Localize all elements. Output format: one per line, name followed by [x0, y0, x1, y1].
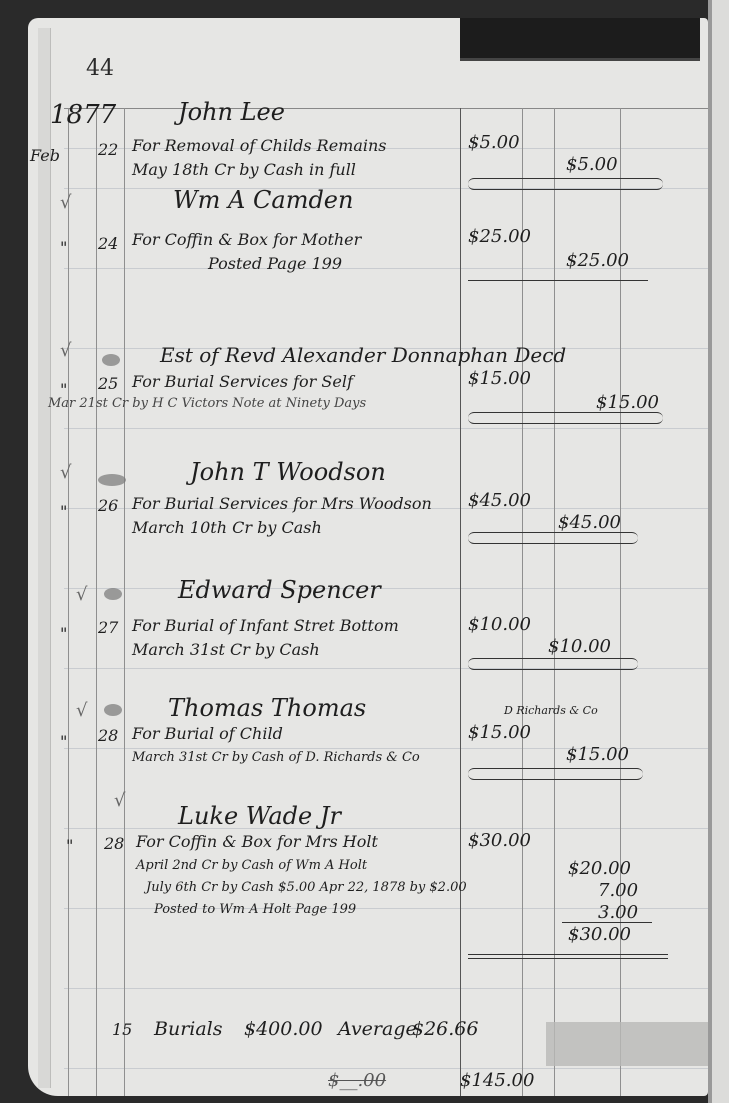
entry-month: Feb — [30, 146, 60, 165]
entry-credit-total: $30.00 — [568, 924, 631, 945]
page-edge — [38, 28, 51, 1088]
entry-day: 24 — [98, 234, 118, 253]
margin-line — [68, 108, 69, 1096]
header-rule — [64, 108, 708, 109]
entry-credit-line: July 6th Cr by Cash $5.00 Apr 22, 1878 b… — [146, 880, 467, 895]
entry-credit-note: May 18th Cr by Cash in full — [132, 160, 356, 179]
entry-credit-note: March 31st Cr by Cash of D. Richards & C… — [132, 750, 420, 765]
debit-column-line — [460, 108, 461, 1096]
entry-credit: $15.00 — [566, 744, 629, 765]
entry-credit-note: Posted Page 199 — [208, 254, 342, 273]
ruling — [64, 588, 708, 589]
settled-mark — [468, 532, 638, 544]
entry-credit-amount: 3.00 — [598, 902, 638, 923]
entry-credit: $10.00 — [548, 636, 611, 657]
entry-credit-note: Mar 21st Cr by H C Victors Note at Ninet… — [48, 396, 366, 411]
sum-rule — [562, 922, 652, 923]
entry-credit: $45.00 — [558, 512, 621, 533]
facing-page-edge — [708, 0, 729, 1103]
settled-mark — [468, 412, 663, 424]
entry-name: Wm A Camden — [173, 186, 353, 214]
entry-credit-amount: 7.00 — [598, 880, 638, 901]
entry-description: For Burial of Child — [132, 724, 283, 743]
ink-smudge — [102, 354, 120, 366]
binding-tab — [460, 18, 700, 61]
ruling — [64, 828, 708, 829]
entry-debit: $15.00 — [468, 368, 531, 389]
ink-smudge — [104, 588, 122, 600]
debit-cents-line — [522, 108, 523, 1096]
entry-credit-line: Posted to Wm A Holt Page 199 — [154, 902, 356, 917]
entry-month: " — [60, 624, 67, 643]
entry-description: For Coffin & Box for Mother — [132, 230, 361, 249]
entry-day: 25 — [98, 374, 118, 393]
entry-credit-amount: $20.00 — [568, 858, 631, 879]
entry-description: For Burial Services for Mrs Woodson — [132, 494, 432, 513]
entry-credit-note: March 10th Cr by Cash — [132, 518, 322, 537]
entry-debit: $45.00 — [468, 490, 531, 511]
entry-name: John T Woodson — [190, 458, 386, 486]
check-mark: √ — [60, 462, 71, 483]
entry-debit: $5.00 — [468, 132, 520, 153]
entry-debit: $10.00 — [468, 614, 531, 635]
entry-day: 27 — [98, 618, 118, 637]
settled-mark — [468, 178, 663, 190]
entry-credit: $5.00 — [566, 154, 618, 175]
month-column-line — [96, 108, 97, 1096]
entry-description: For Burial Services for Self — [132, 372, 353, 391]
entry-day: 28 — [104, 834, 124, 853]
entry-credit-note: March 31st Cr by Cash — [132, 640, 320, 659]
check-mark: √ — [60, 340, 71, 361]
entry-debit: $15.00 — [468, 722, 531, 743]
ruling — [64, 428, 708, 429]
ruling — [64, 1068, 708, 1069]
entry-debit-note: D Richards & Co — [504, 704, 598, 717]
entry-day: 28 — [98, 726, 118, 745]
credit-column-line — [554, 108, 555, 1096]
check-mark: √ — [60, 192, 71, 213]
ink-smudge — [104, 704, 122, 716]
entry-credit: $25.00 — [566, 250, 629, 271]
footer-total: $145.00 — [460, 1070, 534, 1091]
settled-mark — [468, 954, 668, 959]
entry-debit: $30.00 — [468, 830, 531, 851]
summary-average-label: Average — [338, 1018, 417, 1040]
summary-count: 15 — [112, 1020, 132, 1039]
ruling — [64, 988, 708, 989]
ink-smudge — [98, 474, 126, 486]
footer-struck-amount: $__.00 — [328, 1070, 386, 1091]
tape-patch — [546, 1022, 708, 1066]
entry-name: John Lee — [178, 98, 285, 126]
settled-mark — [468, 280, 648, 281]
entry-credit: $15.00 — [596, 392, 659, 413]
settled-mark — [468, 658, 638, 670]
entry-day: 22 — [98, 140, 118, 159]
check-mark: √ — [76, 700, 87, 721]
entry-description: For Coffin & Box for Mrs Holt — [136, 832, 378, 851]
year: 1877 — [50, 100, 116, 130]
entry-description: For Burial of Infant Stret Bottom — [132, 616, 399, 635]
check-mark: √ — [76, 584, 87, 605]
entry-month: " — [66, 836, 73, 855]
entry-name: Luke Wade Jr — [178, 802, 341, 830]
check-mark: √ — [114, 790, 125, 811]
summary-label: Burials — [154, 1018, 223, 1040]
entry-month: " — [60, 732, 67, 751]
entry-name: Edward Spencer — [178, 576, 381, 604]
settled-mark — [468, 768, 643, 780]
entry-month: " — [60, 238, 67, 257]
summary-total: $400.00 — [244, 1018, 323, 1040]
entry-day: 26 — [98, 496, 118, 515]
entry-month: " — [60, 502, 67, 521]
ledger-page: 44 1877 John Lee Feb 22 For Removal of C… — [28, 18, 708, 1096]
summary-average: $26.66 — [412, 1018, 478, 1040]
entry-name: Est of Revd Alexander Donnaphan Decd — [160, 343, 566, 367]
page-number: 44 — [86, 56, 114, 81]
entry-debit: $25.00 — [468, 226, 531, 247]
day-column-line — [124, 108, 125, 1096]
entry-credit-line: April 2nd Cr by Cash of Wm A Holt — [136, 858, 367, 873]
entry-description: For Removal of Childs Remains — [132, 136, 387, 155]
entry-name: Thomas Thomas — [168, 694, 366, 722]
